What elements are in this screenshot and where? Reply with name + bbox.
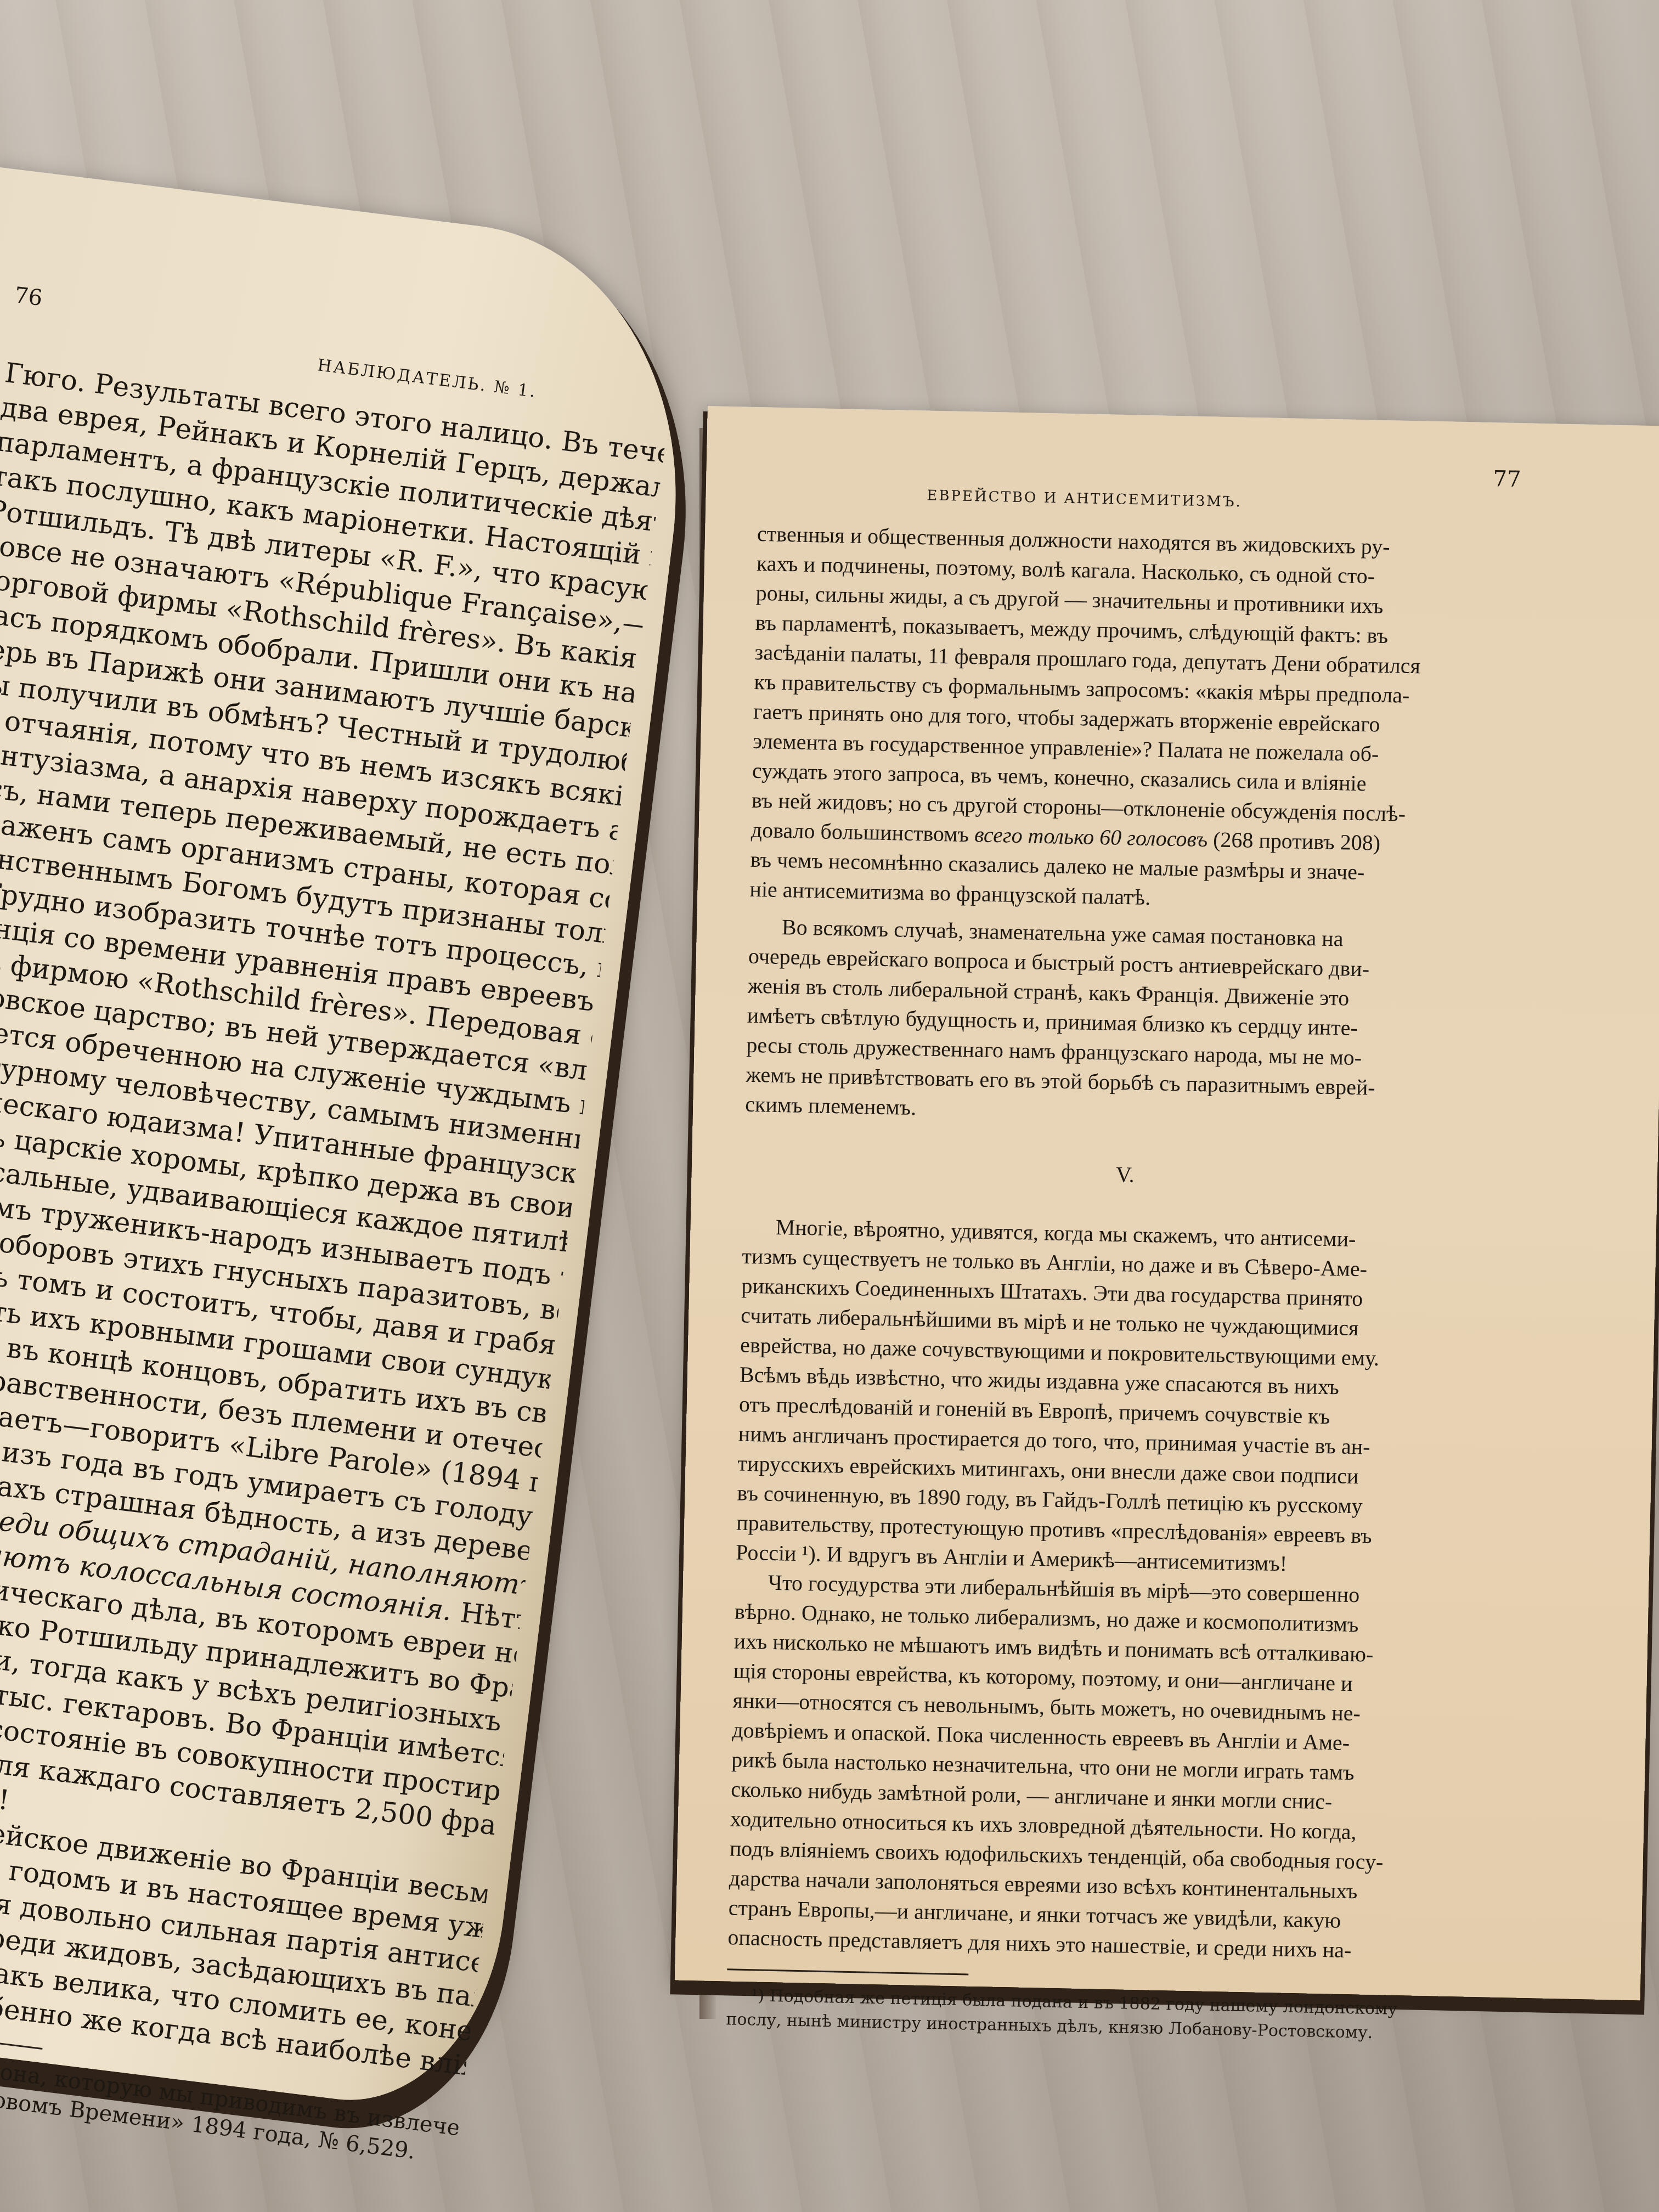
paragraph: Гюго. Результаты всего этого налицо. Въ … bbox=[0, 356, 666, 951]
italic-text-fragment: всего только 60 голосовъ bbox=[974, 822, 1208, 851]
right-body-text: ственныя и общественныя должности находя… bbox=[727, 519, 1520, 1968]
paragraph-continued: вѣрно. Однако, не только либерализмъ, но… bbox=[727, 1597, 1497, 1968]
right-page: 77 ЕВРЕЙСТВО И АНТИСЕМИТИЗМЪ. ственныя и… bbox=[675, 406, 1659, 2000]
paragraph: ственныя и общественныя должности находя… bbox=[749, 519, 1520, 920]
running-head-right: ЕВРЕЙСТВО И АНТИСЕМИТИЗМЪ. bbox=[758, 484, 1520, 516]
page-number-right: 77 bbox=[1493, 466, 1521, 492]
page-number-left: 76 bbox=[13, 283, 44, 311]
right-page-content: 77 ЕВРЕЙСТВО И АНТИСЕМИТИЗМЪ. ственныя и… bbox=[726, 473, 1521, 2047]
section-heading: V. bbox=[743, 1152, 1506, 1198]
paragraph-continued: Франція со времени уравненія правъ еврее… bbox=[0, 905, 599, 1877]
text-fragment: (268 противъ 208) bbox=[1207, 827, 1381, 855]
paragraph-continued: очередь еврейскаго вопроса и быстрый рос… bbox=[745, 941, 1511, 1135]
text-fragment: довало большинствомъ bbox=[751, 817, 974, 847]
paragraph-continued: тизмъ существуетъ не только въ Англіи, н… bbox=[736, 1242, 1505, 1583]
footnote-divider bbox=[727, 1968, 968, 1975]
